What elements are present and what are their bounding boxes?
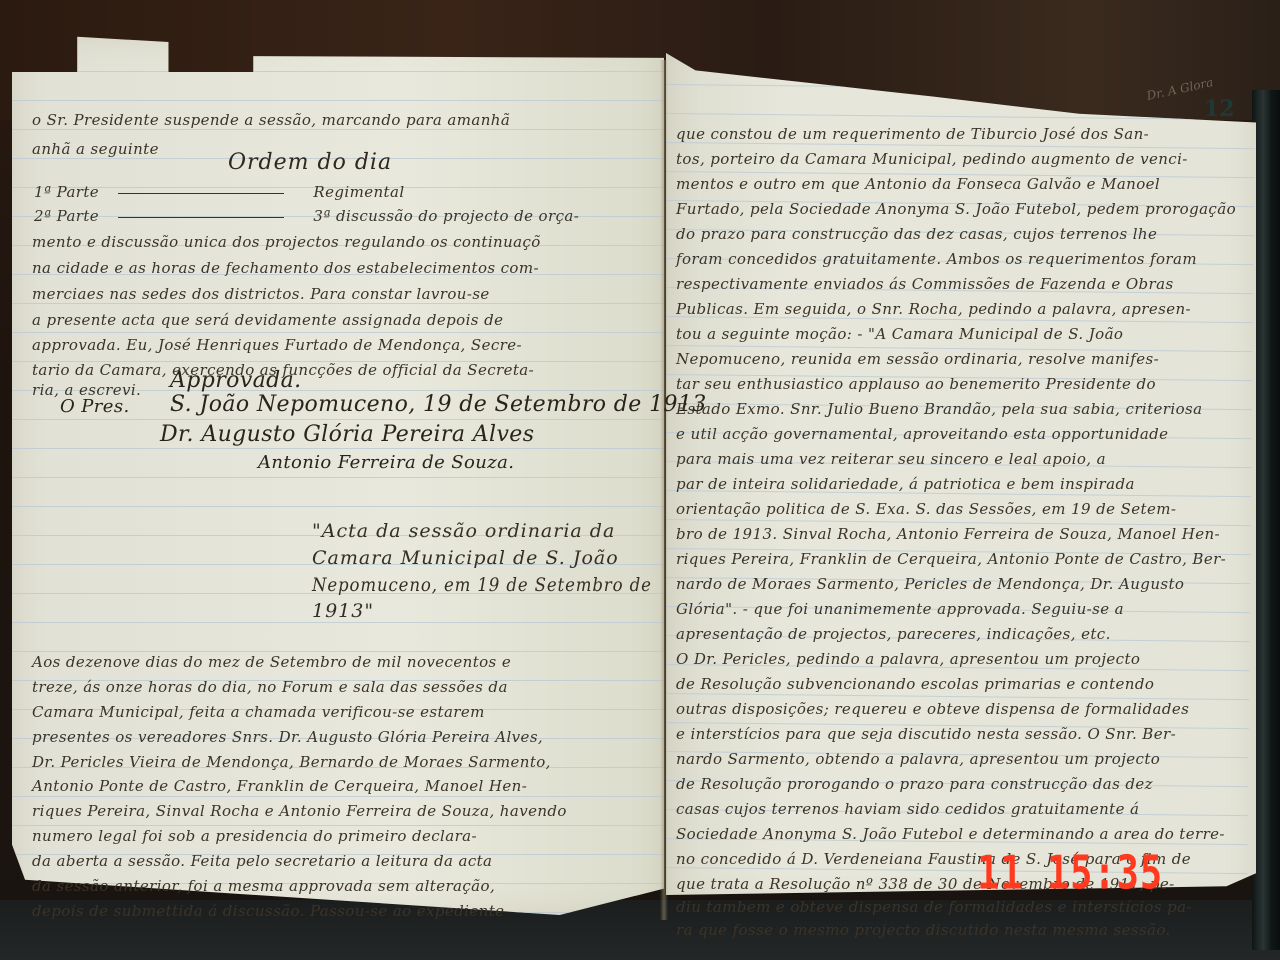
acta-title-line: "Acta da sessão ordinaria da [312,520,615,542]
ordem-do-dia-heading: Ordem do dia [228,150,392,175]
acta-title-line: Camara Municipal de S. João [312,547,619,569]
president-prefix: O Pres. [60,396,130,417]
ruled-dash [118,193,284,194]
body-line: merciaes nas sedes dos districtos. Para … [32,280,490,309]
approval-note: Approvada. [170,368,302,393]
acta-title-line: 1913" [312,600,374,622]
ordem-item-text: Regimental [313,183,404,201]
intro-line: o Sr. Presidente suspende a sessão, marc… [32,106,510,135]
display-case-glass-edge [1252,90,1280,950]
ordem-item-2: 2ª Parte 3ª discussão do projecto de orç… [34,202,579,231]
signature: Antonio Ferreira de Souza. [258,452,514,473]
body-line: mento e discussão unica dos projectos re… [32,228,541,257]
signature: Dr. Augusto Glória Pereira Alves [160,422,534,447]
intro-line: anhã a seguinte [32,135,159,164]
acta-title-line: Nepomuceno, em 19 de Setembro de [312,574,652,596]
ordem-item-text: 3ª discussão do projecto de orça- [313,207,579,225]
acta-body-line: depois de submettida á discussão. Passou… [32,897,504,926]
ruled-dash [118,217,284,218]
ordem-item-label: 1ª Parte [34,183,99,201]
camera-timestamp: 11 15:35 [977,846,1163,900]
book-gutter [660,60,668,920]
right-line: ra que fosse o mesmo projecto discutido … [676,916,1171,945]
page-number: 12 [1204,96,1235,122]
body-line: na cidade e as horas de fechamento dos e… [32,254,539,283]
ordem-item-label: 2ª Parte [34,207,99,225]
place-date-line: S. João Nepomuceno, 19 de Setembro de 19… [170,392,707,417]
